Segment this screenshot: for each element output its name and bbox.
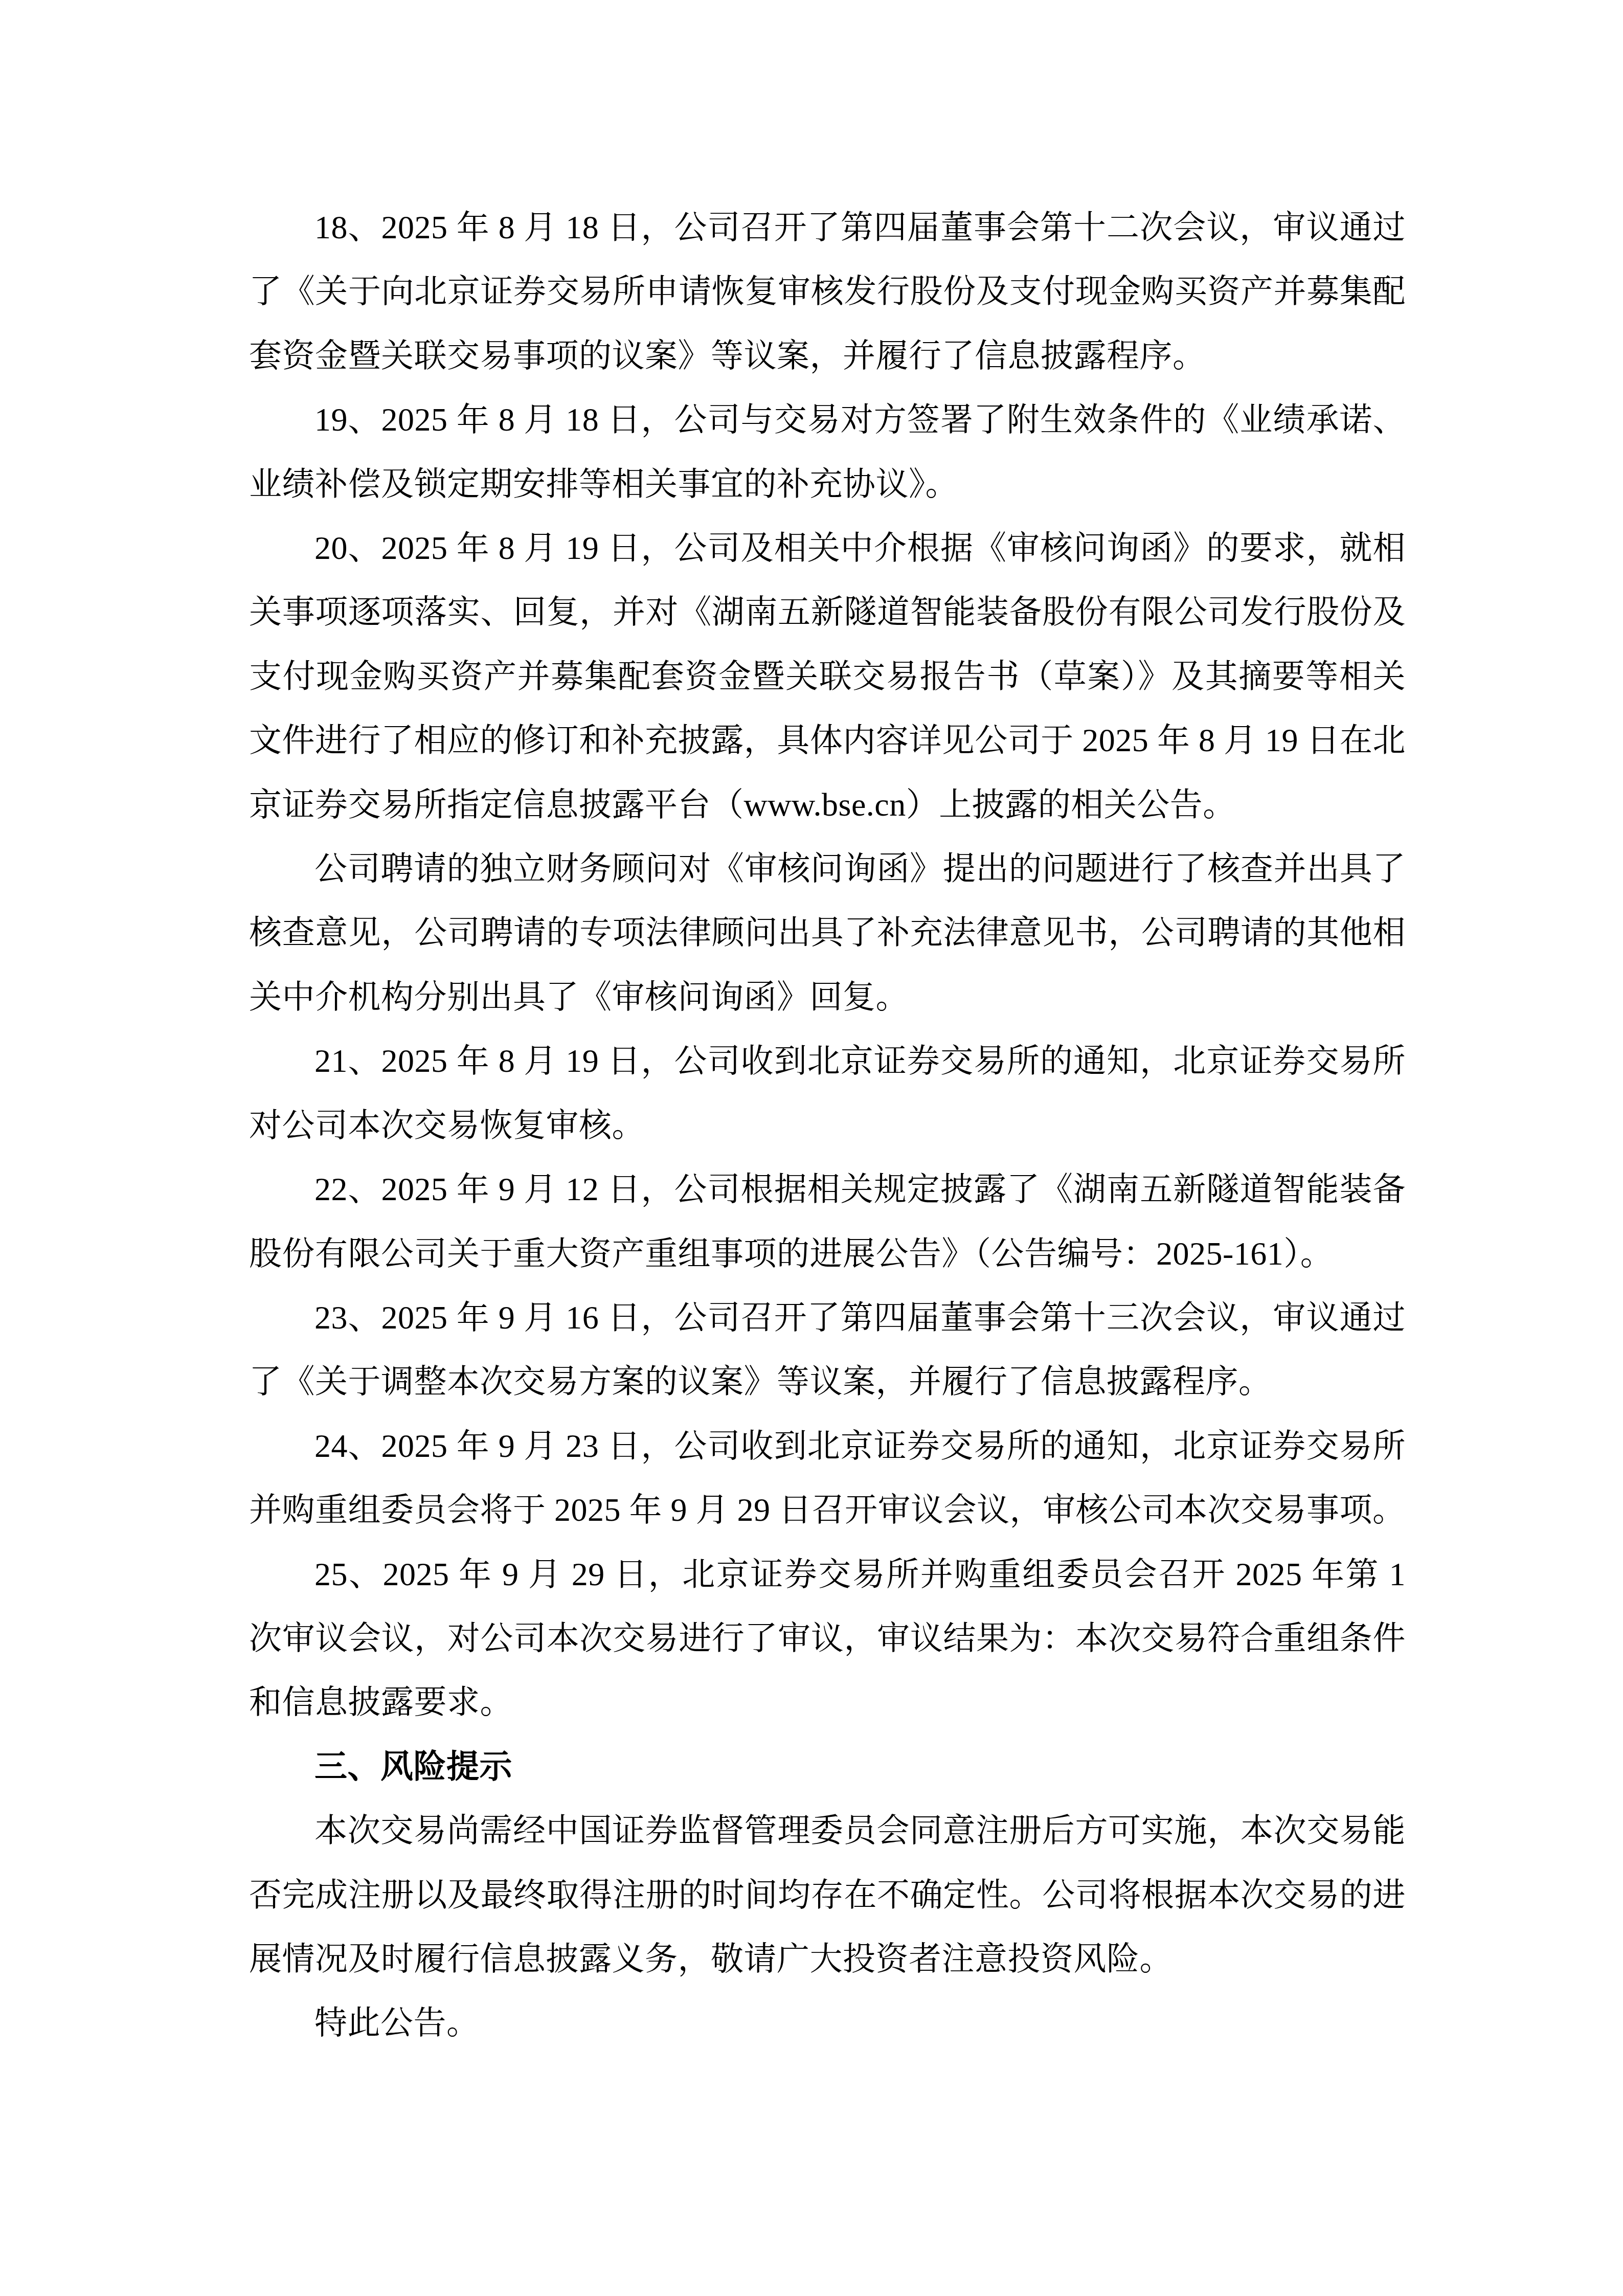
paragraph: 25、2025 年 9 月 29 日，北京证券交易所并购重组委员会召开 2025… [249,1542,1406,1735]
document-body: 18、2025 年 8 月 18 日，公司召开了第四届董事会第十二次会议，审议通… [249,195,1406,2055]
paragraph: 19、2025 年 8 月 18 日，公司与交易对方签署了附生效条件的《业绩承诺… [249,388,1406,516]
paragraph: 23、2025 年 9 月 16 日，公司召开了第四届董事会第十三次会议，审议通… [249,1286,1406,1414]
paragraph: 公司聘请的独立财务顾问对《审核问询函》提出的问题进行了核查并出具了核查意见，公司… [249,837,1406,1029]
paragraph: 本次交易尚需经中国证券监督管理委员会同意注册后方可实施，本次交易能否完成注册以及… [249,1798,1406,1991]
paragraph: 24、2025 年 9 月 23 日，公司收到北京证券交易所的通知，北京证券交易… [249,1414,1406,1542]
document-page: 18、2025 年 8 月 18 日，公司召开了第四届董事会第十二次会议，审议通… [0,0,1623,2296]
paragraph: 20、2025 年 8 月 19 日，公司及相关中介根据《审核问询函》的要求，就… [249,516,1406,837]
paragraph: 22、2025 年 9 月 12 日，公司根据相关规定披露了《湖南五新隧道智能装… [249,1157,1406,1286]
paragraph: 18、2025 年 8 月 18 日，公司召开了第四届董事会第十二次会议，审议通… [249,195,1406,388]
section-heading: 三、风险提示 [249,1735,1406,1798]
paragraph: 特此公告。 [249,1991,1406,2055]
paragraph: 21、2025 年 8 月 19 日，公司收到北京证券交易所的通知，北京证券交易… [249,1029,1406,1157]
